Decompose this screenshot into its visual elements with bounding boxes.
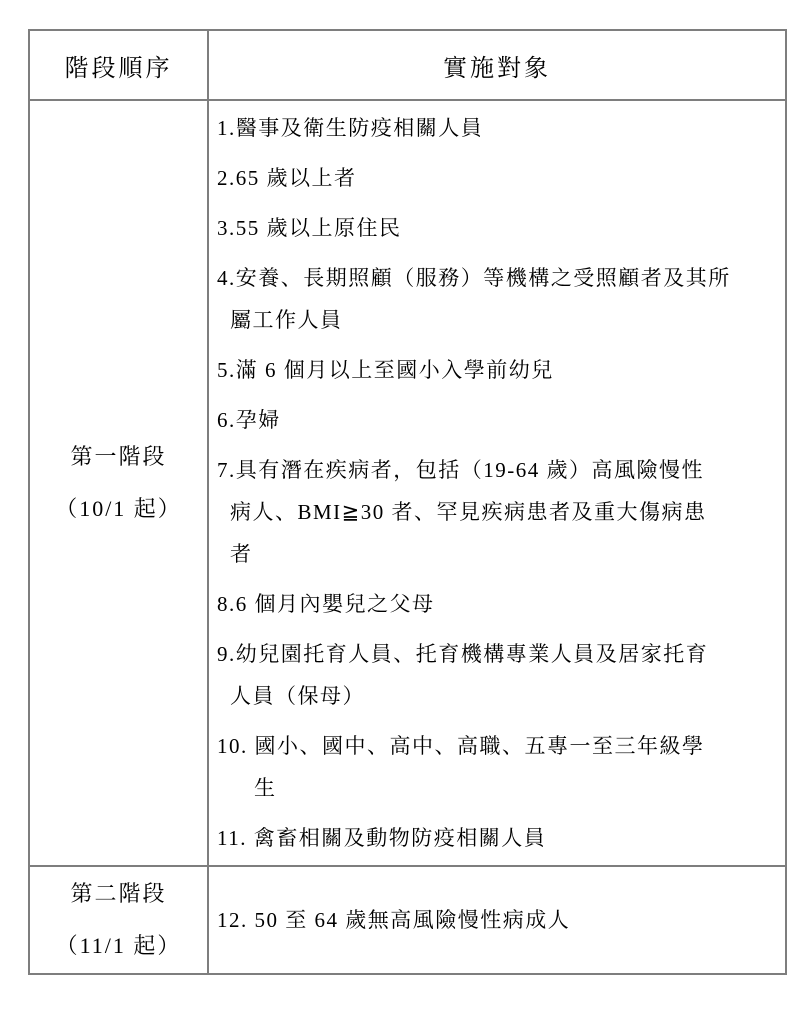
target-item-10: 10. 國小、國中、高中、高職、五專一至三年級學 生 — [217, 725, 781, 809]
vaccination-phase-table: 階段順序 實施對象 第一階段 （10/1 起） 1.醫事及衛生防疫相關人員 2.… — [28, 29, 787, 975]
target-item-3: 3.55 歲以上原住民 — [217, 207, 781, 249]
target-item-9: 9.幼兒園托育人員、托育機構專業人員及居家托育 人員（保母） — [217, 633, 781, 717]
target-item-5: 5.滿 6 個月以上至國小入學前幼兒 — [217, 349, 781, 391]
target-item-6: 6.孕婦 — [217, 399, 781, 441]
target-item-2: 2.65 歲以上者 — [217, 157, 781, 199]
phase2-name: 第二階段 — [31, 868, 206, 920]
phase2-label-cell: 第二階段 （11/1 起） — [29, 866, 208, 974]
phase2-start-date: （11/1 起） — [31, 920, 206, 972]
table-row-phase2: 第二階段 （11/1 起） 12. 50 至 64 歲無高風險慢性病成人 — [29, 866, 786, 974]
target-item-4: 4.安養、長期照顧（服務）等機構之受照顧者及其所 屬工作人員 — [217, 257, 781, 341]
target-item-7: 7.具有潛在疾病者，包括（19-64 歲）高風險慢性 病人、BMI≧30 者、罕… — [217, 449, 781, 575]
phase2-targets-cell: 12. 50 至 64 歲無高風險慢性病成人 — [208, 866, 786, 974]
target-item-1: 1.醫事及衛生防疫相關人員 — [217, 107, 781, 149]
table-row-phase1: 第一階段 （10/1 起） 1.醫事及衛生防疫相關人員 2.65 歲以上者 3.… — [29, 100, 786, 866]
phase1-name: 第一階段 — [31, 431, 206, 483]
target-item-12: 12. 50 至 64 歲無高風險慢性病成人 — [217, 899, 781, 941]
table-header-row: 階段順序 實施對象 — [29, 30, 786, 100]
phase1-targets-cell: 1.醫事及衛生防疫相關人員 2.65 歲以上者 3.55 歲以上原住民 4.安養… — [208, 100, 786, 866]
phase1-label-cell: 第一階段 （10/1 起） — [29, 100, 208, 866]
column-header-phase-order: 階段順序 — [29, 30, 208, 100]
column-header-implementation-targets: 實施對象 — [208, 30, 786, 100]
target-item-11: 11. 禽畜相關及動物防疫相關人員 — [217, 817, 781, 859]
phase1-start-date: （10/1 起） — [31, 483, 206, 535]
target-item-8: 8.6 個月內嬰兒之父母 — [217, 583, 781, 625]
